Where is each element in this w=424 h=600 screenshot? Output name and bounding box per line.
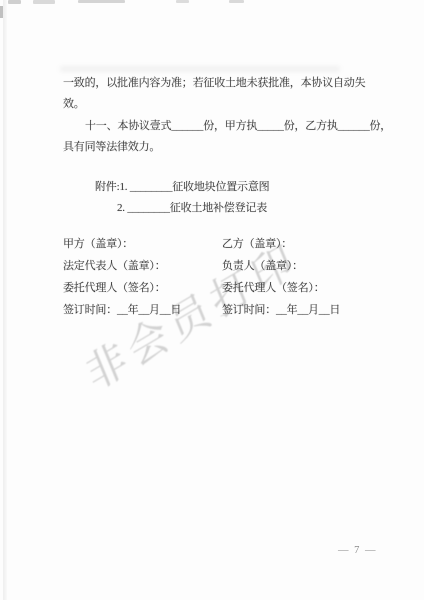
party-b-seal-label: 乙方（盖章）： xyxy=(222,237,292,252)
scan-left-edge-artifact xyxy=(3,0,7,600)
party-a-signing-date-label: 签订时间：__年__月__日 xyxy=(63,303,181,318)
party-a-seal-label: 甲方（盖章）： xyxy=(63,237,133,252)
scan-top-smudge-artifact xyxy=(176,0,189,3)
scanned-document-page: 非会员打印 一致的，以批准内容为准；若征收土地未获批准，本协议自动失 效。 十一… xyxy=(0,0,424,600)
party-b-signing-date-label: 签订时间：__年__月__日 xyxy=(222,303,340,318)
scan-top-smudge-artifact xyxy=(78,0,125,3)
scan-top-smudge-artifact xyxy=(8,0,21,4)
party-a-legal-representative-label: 法定代表人（盖章）： xyxy=(63,259,166,274)
scan-edge-tick-artifact xyxy=(0,6,3,18)
clause-eleven-line-2: 具有同等法律效力。 xyxy=(63,140,160,155)
page-number: — 7 — xyxy=(338,545,377,556)
party-b-entrusted-agent-label: 委托代理人（签名）： xyxy=(222,281,325,296)
scan-ghost-line-artifact xyxy=(60,66,340,72)
attachment-item-1: 附件:1. ________征收地块位置示意图 xyxy=(95,180,269,195)
paragraph-line-2: 效。 xyxy=(63,97,85,112)
party-b-responsible-person-label: 负责人（盖章）： xyxy=(222,259,303,274)
attachment-item-2: 2. ________征收土地补偿登记表 xyxy=(117,201,267,216)
party-a-entrusted-agent-label: 委托代理人（签名）： xyxy=(63,281,166,296)
scan-top-smudge-artifact xyxy=(229,0,244,3)
clause-eleven-line-1: 十一、本协议壹式______份，甲方执_____份，乙方执______份， xyxy=(85,119,391,134)
scan-top-smudge-artifact xyxy=(33,0,55,4)
paragraph-line-1: 一致的，以批准内容为准；若征收土地未获批准，本协议自动失 xyxy=(63,76,365,91)
